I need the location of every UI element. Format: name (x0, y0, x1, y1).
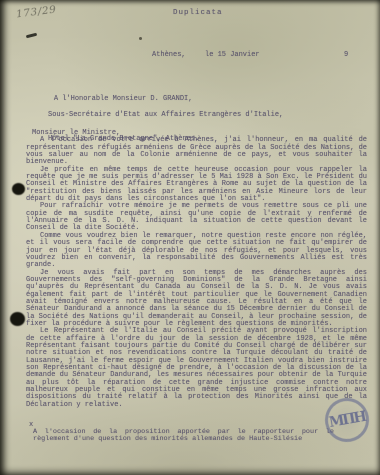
dateline-place: Athènes, (152, 51, 186, 59)
doc-type-label: Duplicata (173, 9, 223, 17)
scanned-letter-page: 173/29 Duplicata Athènes, le 15 Janvier … (0, 0, 380, 475)
paragraph: A l'occasion de votre arrivée à Athènes,… (26, 137, 367, 166)
paragraph: Je vous avais fait part en son temps de … (26, 270, 367, 329)
paragraph: Comme vous voudrez bien le remarquer, no… (26, 233, 367, 270)
recipient-line: Sous-Secrétaire d'Etat aux Affaires Etra… (37, 111, 283, 119)
pencil-dash-mark (26, 33, 37, 39)
paragraph: Je profite en même temps de cette heureu… (26, 167, 367, 204)
stamp-monogram: MΠH (328, 409, 366, 431)
archive-ref-handwriting: 173/29 (15, 4, 57, 21)
dateline-year: 9 (344, 51, 348, 59)
dateline-date: le 15 Janvier (205, 51, 260, 59)
ink-speck (139, 37, 142, 40)
recipient-line: A l'Honorable Monsieur D. GRANDI, (54, 95, 193, 103)
footnote-text: A l'occasion de la proposition apportée … (33, 429, 334, 443)
paragraph: Le Représentant de l'Italie au Conseil p… (26, 328, 367, 409)
punch-hole-top (12, 183, 25, 195)
dateline: Athènes, le 15 Janvier 9 (0, 51, 380, 61)
paragraph: Pour rafraîchir votre mémoire je me perm… (26, 203, 367, 232)
letter-body: Monsieur le Ministre, A l'occasion de vo… (26, 130, 367, 409)
punch-hole-bottom (10, 312, 25, 326)
